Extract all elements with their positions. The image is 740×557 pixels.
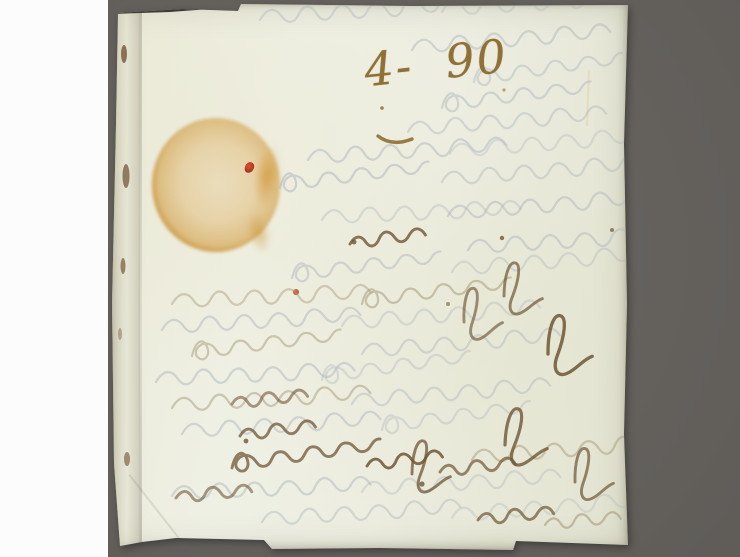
- dark-ink-accents: [175, 228, 621, 529]
- left-fold-flap: [112, 4, 140, 550]
- paper-scratch-mark: [586, 70, 590, 126]
- red-wax-speck-small: [293, 289, 299, 295]
- folded-letter: 4- 90: [112, 4, 628, 550]
- paper-surface: 4- 90: [112, 4, 628, 550]
- ink-underline-flourish: [378, 88, 506, 142]
- manuscript-rate-marking: 4- 90: [362, 29, 511, 98]
- photograph-old-folded-letter: 4- 90: [0, 0, 740, 557]
- fold-crease-line: [140, 4, 142, 550]
- top-edge-shadow: [112, 4, 242, 14]
